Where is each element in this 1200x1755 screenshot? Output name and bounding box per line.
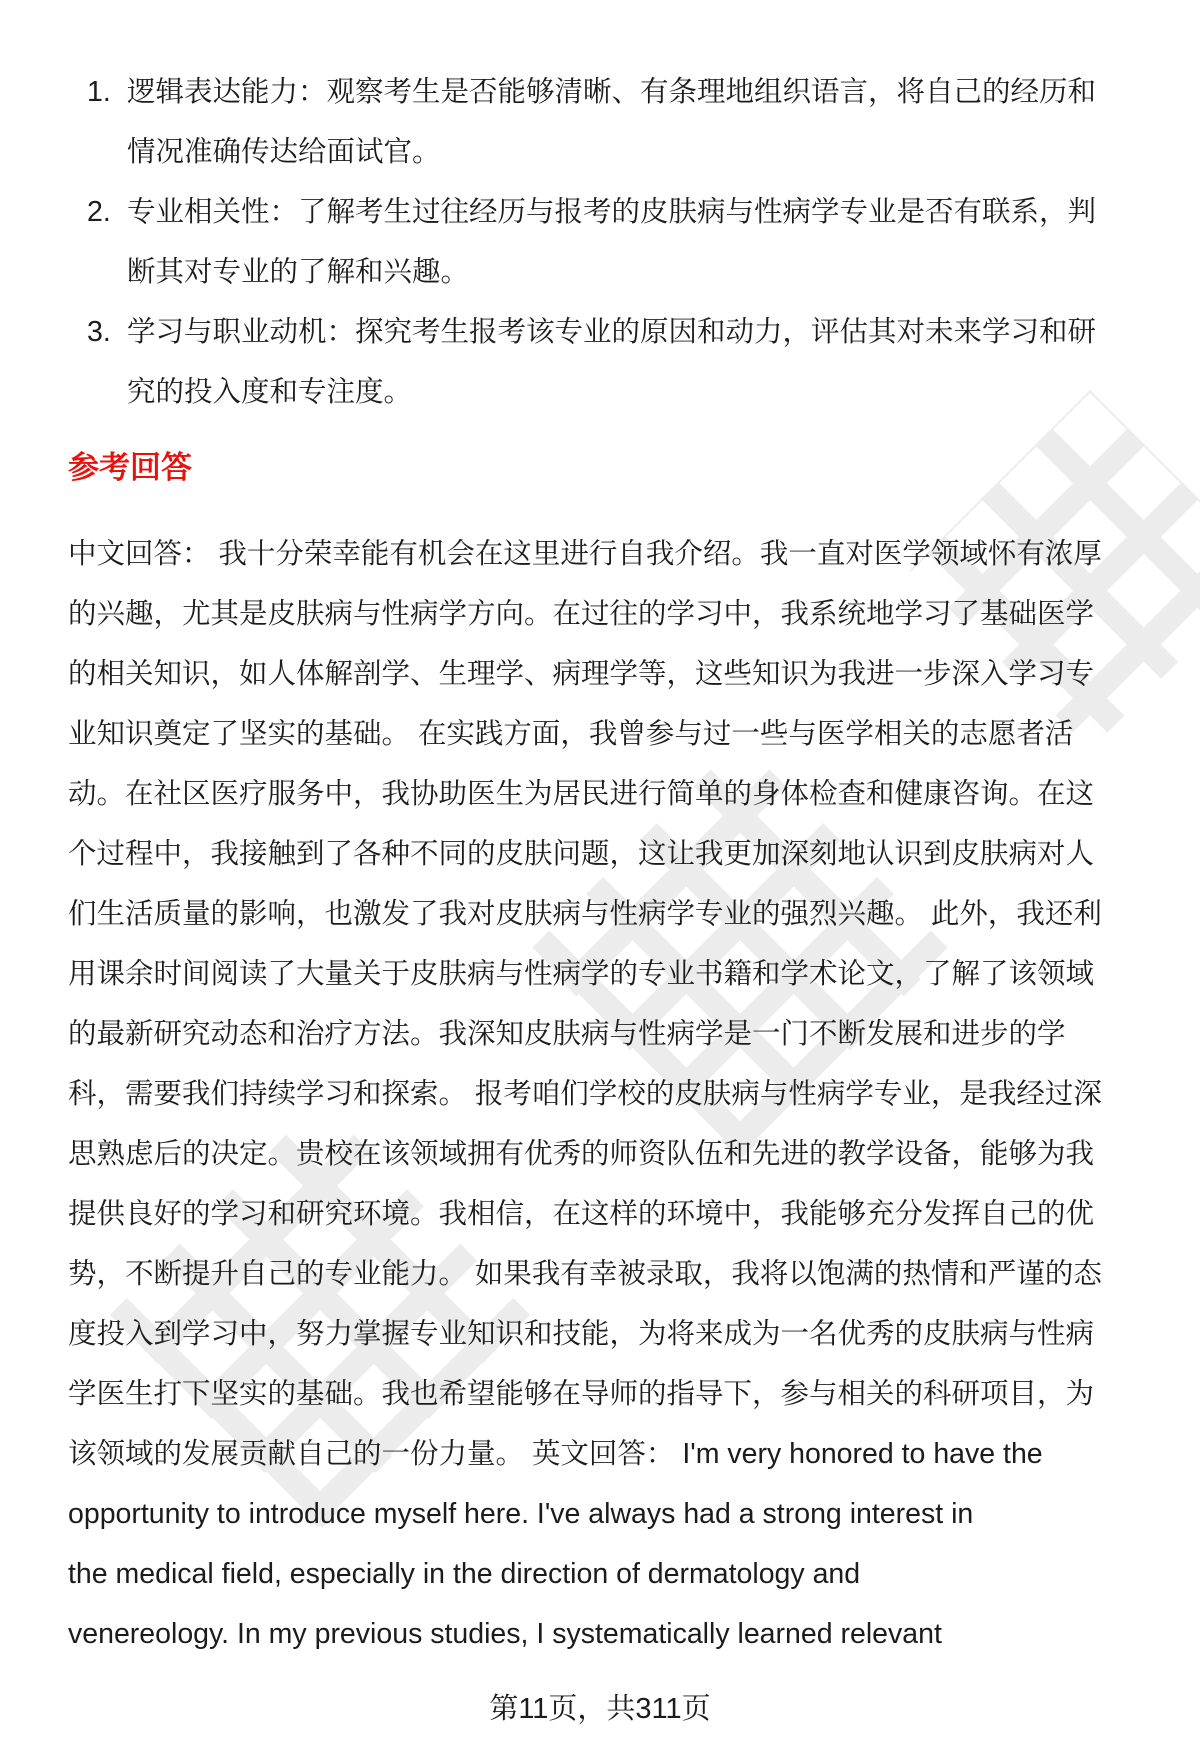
answer-line: 动。在社区医疗服务中，我协助医生为居民进行简单的身体检查和健康咨询。在这 <box>68 764 1132 824</box>
list-item: 2.专业相关性：了解考生过往经历与报考的皮肤病与性病学专业是否有联系，判断其对专… <box>68 182 1132 302</box>
list-item-number: 2. <box>87 182 111 242</box>
list-item-number: 3. <box>87 302 111 362</box>
answer-line: opportunity to introduce myself here. I'… <box>68 1484 1132 1544</box>
evaluation-list: 1.逻辑表达能力：观察考生是否能够清晰、有条理地组织语言，将自己的经历和情况准确… <box>68 62 1132 422</box>
answer-line: 的相关知识，如人体解剖学、生理学、病理学等，这些知识为我进一步深入学习专 <box>68 644 1132 704</box>
list-item-line: 究的投入度和专注度。 <box>127 362 1132 422</box>
answer-line: 用课余时间阅读了大量关于皮肤病与性病学的专业书籍和学术论文，了解了该领域 <box>68 944 1132 1004</box>
list-item-line: 情况准确传达给面试官。 <box>127 122 1132 182</box>
answer-line: 个过程中，我接触到了各种不同的皮肤问题，这让我更加深刻地认识到皮肤病对人 <box>68 824 1132 884</box>
list-item-number: 1. <box>87 62 111 122</box>
list-item: 1.逻辑表达能力：观察考生是否能够清晰、有条理地组织语言，将自己的经历和情况准确… <box>68 62 1132 182</box>
page-number-footer: 第11页，共311页 <box>0 1679 1200 1739</box>
list-item-line: 学习与职业动机：探究考生报考该专业的原因和动力，评估其对未来学习和研 <box>127 302 1132 362</box>
reference-answer-heading: 参考回答 <box>68 438 192 498</box>
answer-line: 学医生打下坚实的基础。我也希望能够在导师的指导下，参与相关的科研项目，为 <box>68 1364 1132 1424</box>
answer-line: venereology. In my previous studies, I s… <box>68 1604 1132 1664</box>
answer-line: the medical field, especially in the dir… <box>68 1544 1132 1604</box>
document-page: 1.逻辑表达能力：观察考生是否能够清晰、有条理地组织语言，将自己的经历和情况准确… <box>0 0 1200 1755</box>
answer-line: 的最新研究动态和治疗方法。我深知皮肤病与性病学是一门不断发展和进步的学 <box>68 1004 1132 1064</box>
answer-line: 业知识奠定了坚实的基础。 在实践方面，我曾参与过一些与医学相关的志愿者活 <box>68 704 1132 764</box>
answer-line: 们生活质量的影响，也激发了我对皮肤病与性病学专业的强烈兴趣。 此外，我还利 <box>68 884 1132 944</box>
answer-line: 思熟虑后的决定。贵校在该领域拥有优秀的师资队伍和先进的教学设备，能够为我 <box>68 1124 1132 1184</box>
answer-line: 提供良好的学习和研究环境。我相信，在这样的环境中，我能够充分发挥自己的优 <box>68 1184 1132 1244</box>
list-item-line: 专业相关性：了解考生过往经历与报考的皮肤病与性病学专业是否有联系，判 <box>127 182 1132 242</box>
answer-line: 的兴趣，尤其是皮肤病与性病学方向。在过往的学习中，我系统地学习了基础医学 <box>68 584 1132 644</box>
answer-line: 该领域的发展贡献自己的一份力量。 英文回答： I'm very honored … <box>68 1424 1132 1484</box>
list-item-line: 断其对专业的了解和兴趣。 <box>127 242 1132 302</box>
answer-line: 中文回答： 我十分荣幸能有机会在这里进行自我介绍。我一直对医学领域怀有浓厚 <box>68 524 1132 584</box>
list-item: 3.学习与职业动机：探究考生报考该专业的原因和动力，评估其对未来学习和研究的投入… <box>68 302 1132 422</box>
list-item-line: 逻辑表达能力：观察考生是否能够清晰、有条理地组织语言，将自己的经历和 <box>127 62 1132 122</box>
reference-answer-text: 中文回答： 我十分荣幸能有机会在这里进行自我介绍。我一直对医学领域怀有浓厚的兴趣… <box>68 524 1132 1664</box>
answer-line: 势，不断提升自己的专业能力。 如果我有幸被录取，我将以饱满的热情和严谨的态 <box>68 1244 1132 1304</box>
answer-line: 科，需要我们持续学习和探索。 报考咱们学校的皮肤病与性病学专业，是我经过深 <box>68 1064 1132 1124</box>
answer-line: 度投入到学习中，努力掌握专业知识和技能，为将来成为一名优秀的皮肤病与性病 <box>68 1304 1132 1364</box>
